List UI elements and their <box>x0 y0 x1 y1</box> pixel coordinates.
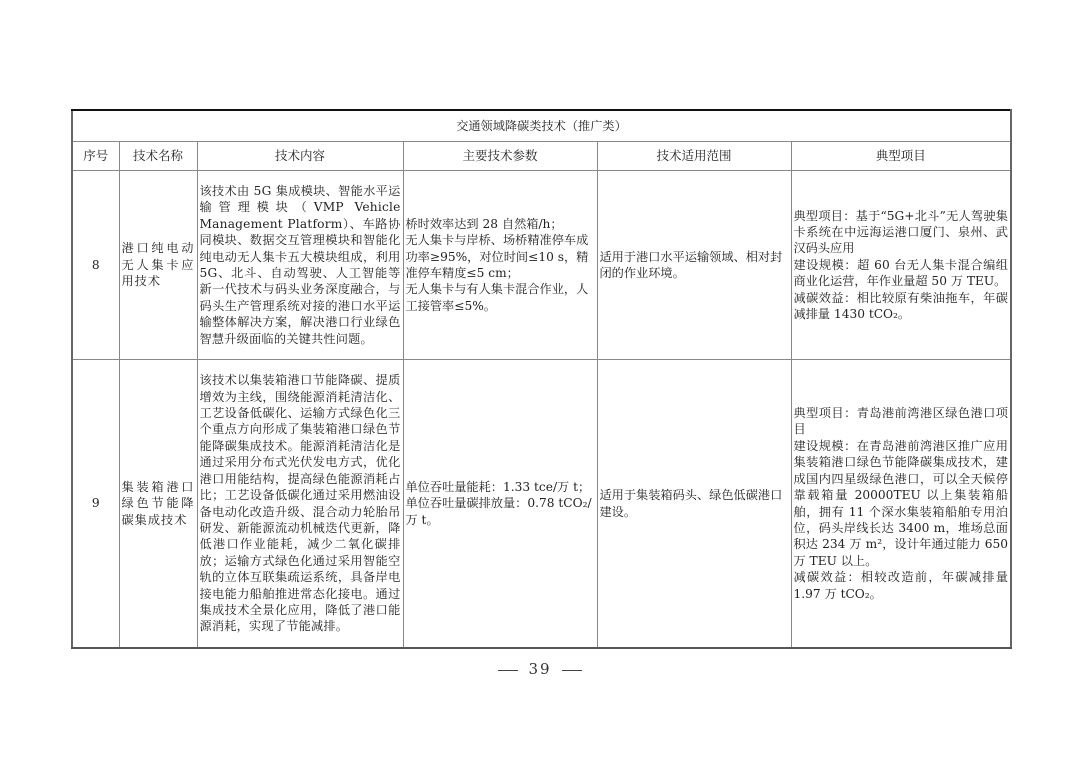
param-line: 桥时效率达到 28 自然箱/h； <box>406 216 595 232</box>
project-line: 典型项目：基于“5G+北斗”无人驾驶集卡系统在中远海运港口厦门、泉州、武汉码头应… <box>794 208 1009 257</box>
project-line: 建设规模：超 60 台无人集卡混合编组商业化运营，年作业量超 50 万 TEU。 <box>794 257 1009 290</box>
project-line: 减碳效益：相较改造前，年碳减排量 1.97 万 tCO₂。 <box>794 569 1009 602</box>
typical-project: 典型项目：青岛港前湾港区绿色港口项目 建设规模：在青岛港前湾港区推广应用集装箱港… <box>791 360 1011 649</box>
tech-table: 交通领域降碳类技术（推广类） 序号 技术名称 技术内容 主要技术参数 技术适用范… <box>71 109 1012 649</box>
tech-content: 该技术由 5G 集成模块、智能水平运输管理模块（VMP Vehicle Mana… <box>197 171 403 360</box>
page-number: 39 <box>528 660 551 678</box>
header-typical-project: 典型项目 <box>791 142 1011 171</box>
project-line: 典型项目：青岛港前湾港区绿色港口项目 <box>794 405 1009 438</box>
scope: 适用于集装箱码头、绿色低碳港口建设。 <box>597 360 791 649</box>
typical-project: 典型项目：基于“5G+北斗”无人驾驶集卡系统在中远海运港口厦门、泉州、武汉码头应… <box>791 171 1011 360</box>
header-tech-content: 技术内容 <box>197 142 403 171</box>
scope: 适用于港口水平运输领域、相对封闭的作业环境。 <box>597 171 791 360</box>
header-scope: 技术适用范围 <box>597 142 791 171</box>
table-title: 交通领域降碳类技术（推广类） <box>72 110 1011 142</box>
tech-name: 集装箱港口绿色节能降碳集成技术 <box>119 360 197 649</box>
row-index: 9 <box>72 360 119 649</box>
page-footer: 39 <box>0 660 1080 678</box>
param-line: 单位吞吐量能耗：1.33 tce/万 t； <box>406 479 595 495</box>
param-line: 无人集卡与有人集卡混合作业，人工接管率≤5%。 <box>406 281 595 314</box>
project-line: 建设规模：在青岛港前湾港区推广应用集装箱港口绿色节能降碳集成技术，建成国内四星级… <box>794 438 1009 569</box>
tech-content: 该技术以集装箱港口节能降碳、提质增效为主线，围绕能源消耗清洁化、工艺设备低碳化、… <box>197 360 403 649</box>
table-header-row: 序号 技术名称 技术内容 主要技术参数 技术适用范围 典型项目 <box>72 142 1011 171</box>
tech-name: 港口纯电动无人集卡应用技术 <box>119 171 197 360</box>
param-line: 无人集卡与岸桥、场桥精准停车成功率≥95%，对位时间≤10 s，精准停车精度≤5… <box>406 232 595 281</box>
header-index: 序号 <box>72 142 119 171</box>
header-tech-name: 技术名称 <box>119 142 197 171</box>
main-params: 单位吞吐量能耗：1.33 tce/万 t； 单位吞吐量碳排放量：0.78 tCO… <box>403 360 597 649</box>
table-row: 9 集装箱港口绿色节能降碳集成技术 该技术以集装箱港口节能降碳、提质增效为主线，… <box>72 360 1011 649</box>
header-main-params: 主要技术参数 <box>403 142 597 171</box>
main-params: 桥时效率达到 28 自然箱/h； 无人集卡与岸桥、场桥精准停车成功率≥95%，对… <box>403 171 597 360</box>
dash-right <box>562 670 582 671</box>
row-index: 8 <box>72 171 119 360</box>
table-row: 8 港口纯电动无人集卡应用技术 该技术由 5G 集成模块、智能水平运输管理模块（… <box>72 171 1011 360</box>
project-line: 减碳效益：相比较原有柴油拖车，年碳减排量 1430 tCO₂。 <box>794 290 1009 323</box>
dash-left <box>498 670 518 671</box>
param-line: 单位吞吐量碳排放量：0.78 tCO₂/万 t。 <box>406 495 595 528</box>
